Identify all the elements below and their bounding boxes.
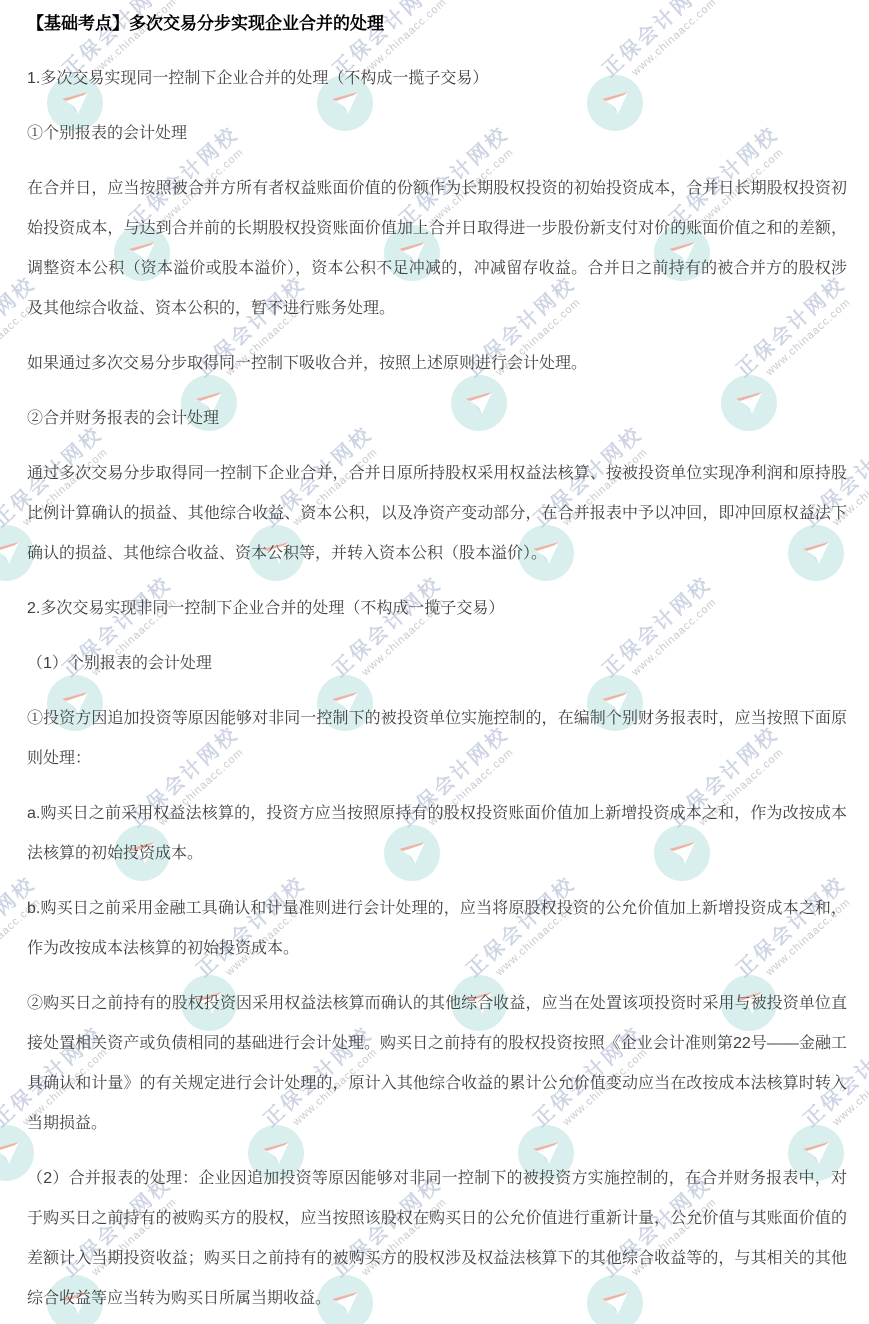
paragraph-4: 如果通过多次交易分步取得同一控制下吸收合并，按照上述原则进行会计处理。 xyxy=(27,344,847,384)
paragraph-2: ①个别报表的会计处理 xyxy=(27,114,847,154)
document-body: 【基础考点】多次交易分步实现企业合并的处理 1.多次交易实现同一控制下企业合并的… xyxy=(0,0,869,1319)
paragraph-9: ①投资方因追加投资等原因能够对非同一控制下的被投资单位实施控制的，在编制个别财务… xyxy=(27,699,847,779)
paragraph-7: 2.多次交易实现非同一控制下企业合并的处理（不构成一揽子交易） xyxy=(27,589,847,629)
paragraph-13: （2）合并报表的处理：企业因追加投资等原因能够对非同一控制下的被投资方实施控制的… xyxy=(27,1159,847,1319)
paragraph-8: （1）个别报表的会计处理 xyxy=(27,644,847,684)
paragraph-10: a.购买日之前采用权益法核算的，投资方应当按照原持有的股权投资账面价值加上新增投… xyxy=(27,794,847,874)
paragraph-3: 在合并日，应当按照被合并方所有者权益账面价值的份额作为长期股权投资的初始投资成本… xyxy=(27,169,847,329)
paragraph-11: b.购买日之前采用金融工具确认和计量准则进行会计处理的，应当将原股权投资的公允价… xyxy=(27,889,847,969)
paragraph-1: 1.多次交易实现同一控制下企业合并的处理（不构成一揽子交易） xyxy=(27,59,847,99)
paragraph-5: ②合并财务报表的会计处理 xyxy=(27,399,847,439)
paragraph-6: 通过多次交易分步取得同一控制下企业合并，合并日原所持股权采用权益法核算、按被投资… xyxy=(27,454,847,574)
page-title: 【基础考点】多次交易分步实现企业合并的处理 xyxy=(27,4,847,44)
paragraph-list: 1.多次交易实现同一控制下企业合并的处理（不构成一揽子交易）①个别报表的会计处理… xyxy=(27,59,847,1319)
paragraph-12: ②购买日之前持有的股权投资因采用权益法核算而确认的其他综合收益，应当在处置该项投… xyxy=(27,984,847,1144)
